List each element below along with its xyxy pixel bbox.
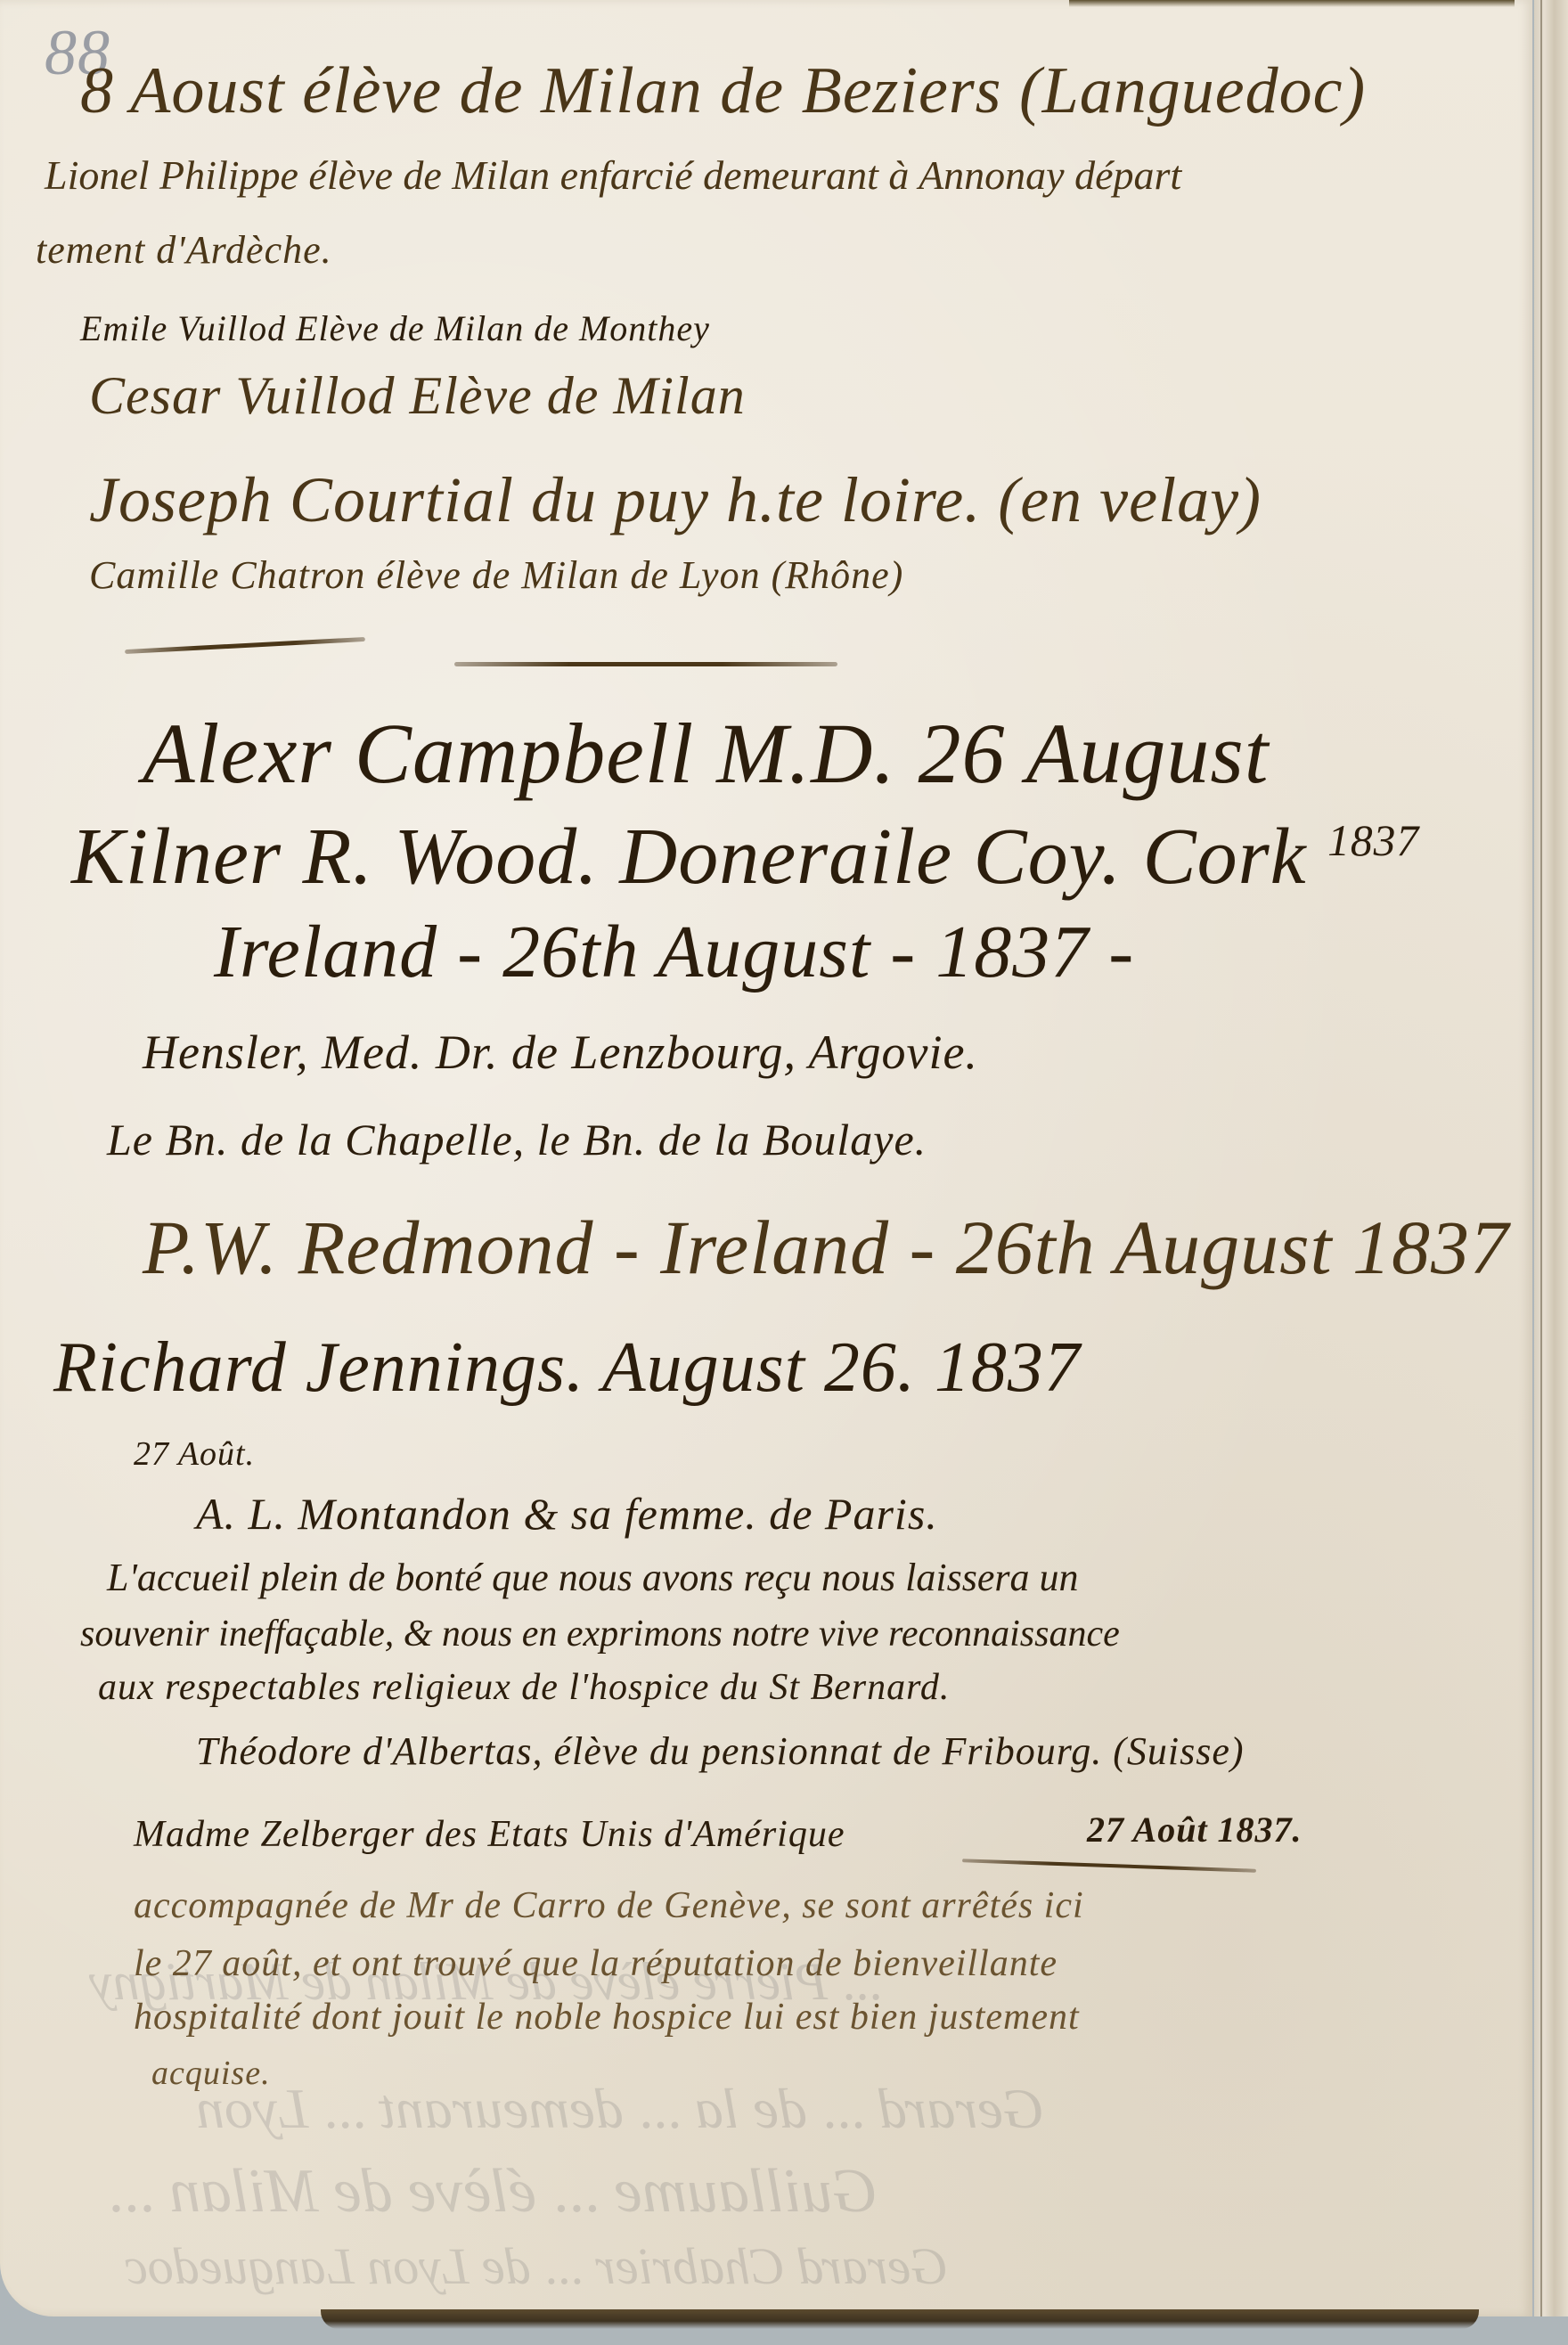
register-entry: Richard Jennings. August 26. 1837 — [53, 1328, 1081, 1409]
register-entry: souvenir ineffaçable, & nous en exprimon… — [80, 1613, 1120, 1655]
register-entry: Camille Chatron élève de Milan de Lyon (… — [89, 552, 903, 598]
register-entry: Joseph Courtial du puy h.te loire. (en v… — [89, 463, 1262, 537]
entry-date: 27 Août 1837. — [1087, 1809, 1303, 1851]
register-entry: L'accueil plein de bonté que nous avons … — [107, 1555, 1079, 1600]
register-entry: A. L. Montandon & sa femme. de Paris. — [196, 1488, 938, 1540]
entry-date: 27 Août. — [134, 1434, 255, 1474]
book-gutter — [1534, 0, 1568, 2316]
register-entry: aux respectables religieux de l'hospice … — [98, 1666, 950, 1709]
register-entry: accompagnée de Mr de Carro de Genève, se… — [134, 1884, 1084, 1927]
register-entry: Emile Vuillod Elève de Milan de Monthey — [80, 307, 710, 349]
divider-line — [454, 662, 837, 666]
register-entry: Le Bn. de la Chapelle, le Bn. de la Boul… — [107, 1114, 927, 1165]
register-entry: Théodore d'Albertas, élève du pensionnat… — [196, 1728, 1245, 1774]
register-entry: P.W. Redmond - Ireland - 26th August 183… — [143, 1203, 1509, 1292]
register-entry: Alexr Campbell M.D. 26 August — [143, 704, 1269, 803]
page-top-edge — [1069, 0, 1515, 7]
gutter-fold-line — [1540, 0, 1542, 2316]
entry-year: 1837 — [1327, 816, 1419, 865]
register-entry: Madme Zelberger des Etats Unis d'Amériqu… — [134, 1813, 845, 1856]
register-entry: Kilner R. Wood. Doneraile Coy. Cork 1837 — [71, 811, 1419, 903]
register-entry: Lionel Philippe élève de Milan enfarcié … — [45, 151, 1181, 199]
page-bottom-edge — [321, 2309, 1479, 2329]
register-entry: 8 Aoust élève de Milan de Beziers (Langu… — [80, 53, 1366, 129]
bleed-through-text: Guillaume ... élève de Milan ... — [107, 2156, 878, 2227]
bleed-through-text: Gerard Chabrier ... de Lyon Languedoc — [125, 2236, 948, 2296]
register-entry: hospitalité dont jouit le noble hospice … — [134, 1996, 1080, 2039]
register-entry: le 27 août, et ont trouvé que la réputat… — [134, 1942, 1058, 1985]
register-entry: Cesar Vuillod Elève de Milan — [89, 365, 746, 427]
register-entry: Ireland - 26th August - 1837 - — [214, 909, 1134, 995]
bleed-through-text: Gerard ... de la ... demeurant ... Lyon — [196, 2076, 1044, 2142]
register-entry: acquise. — [151, 2054, 271, 2093]
register-entry: tement d'Ardèche. — [36, 227, 332, 273]
register-entry: Hensler, Med. Dr. de Lenzbourg, Argovie. — [143, 1025, 978, 1080]
entry-text: Kilner R. Wood. Doneraile Coy. Cork — [71, 813, 1307, 901]
